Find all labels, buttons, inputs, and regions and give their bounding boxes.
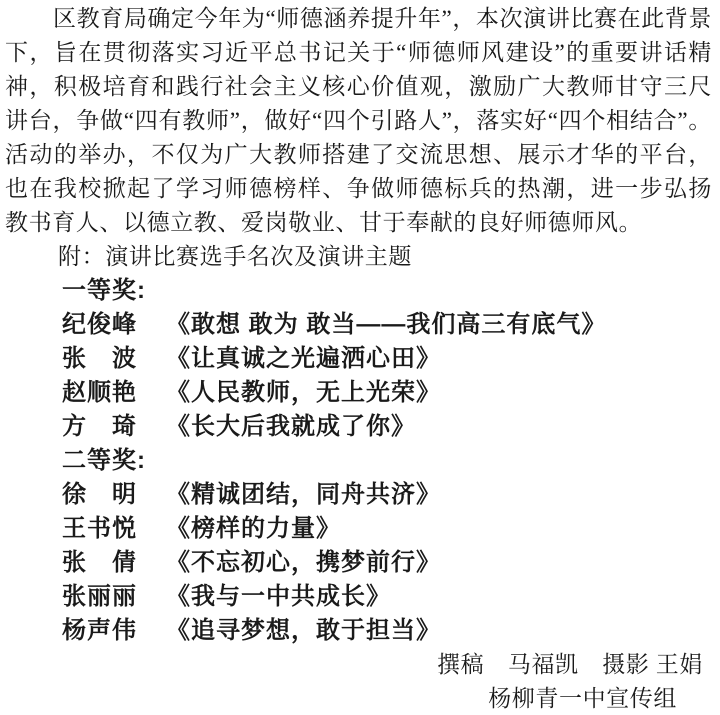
speech-title: 《人民教师，无上光荣》	[166, 376, 441, 410]
winner-row: 方 琦 《长大后我就成了你》	[5, 410, 712, 444]
winner-row: 张丽丽 《我与一中共成长》	[5, 580, 712, 614]
speech-title: 《我与一中共成长》	[166, 580, 391, 614]
winner-row: 杨声伟 《追寻梦想，敢于担当》	[5, 614, 712, 648]
winner-name: 赵顺艳	[62, 376, 140, 410]
winner-name: 张丽丽	[62, 580, 140, 614]
winner-row: 张 倩 《不忘初心，携梦前行》	[5, 546, 712, 580]
winner-name: 方 琦	[62, 410, 140, 444]
winner-row: 张 波 《让真诚之光遍洒心田》	[5, 342, 712, 376]
winner-row: 徐 明 《精诚团结，同舟共济》	[5, 478, 712, 512]
organization-line: 杨柳青一中宣传组	[5, 682, 712, 715]
winner-row: 赵顺艳 《人民教师，无上光荣》	[5, 376, 712, 410]
winner-row: 纪俊峰 《敢想 敢为 敢当——我们高三有底气》	[5, 308, 712, 342]
winner-name: 张 波	[62, 342, 140, 376]
attachment-heading: 附：演讲比赛选手名次及演讲主题	[5, 240, 712, 274]
winner-name: 徐 明	[62, 478, 140, 512]
first-prize-heading: 一等奖:	[5, 274, 712, 308]
speech-title: 《追寻梦想，敢于担当》	[166, 614, 441, 648]
winner-name: 王书悦	[62, 512, 140, 546]
credits-line: 撰稿 马福凯 摄影 王娟	[5, 648, 712, 682]
second-prize-heading: 二等奖:	[5, 444, 712, 478]
speech-title: 《榜样的力量》	[166, 512, 341, 546]
winner-name: 纪俊峰	[62, 308, 140, 342]
speech-title: 《精诚团结，同舟共济》	[166, 478, 441, 512]
document-page: 区教育局确定今年为“师德涵养提升年”，本次演讲比赛在此背景下，旨在贯彻落实习近平…	[0, 0, 720, 715]
speech-title: 《让真诚之光遍洒心田》	[166, 342, 441, 376]
winner-name: 张 倩	[62, 546, 140, 580]
winner-name: 杨声伟	[62, 614, 140, 648]
speech-title: 《长大后我就成了你》	[166, 410, 416, 444]
speech-title: 《敢想 敢为 敢当——我们高三有底气》	[166, 308, 606, 342]
winner-row: 王书悦 《榜样的力量》	[5, 512, 712, 546]
speech-title: 《不忘初心，携梦前行》	[166, 546, 441, 580]
body-paragraph: 区教育局确定今年为“师德涵养提升年”，本次演讲比赛在此背景下，旨在贯彻落实习近平…	[5, 2, 712, 240]
